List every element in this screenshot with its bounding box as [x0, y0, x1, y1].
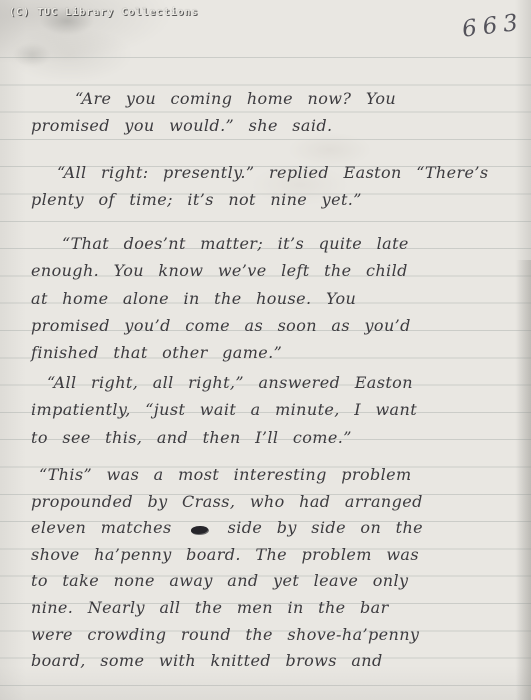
manuscript-line: nine. Nearly all the men in the bar	[31, 595, 514, 622]
paragraph: “That does’nt matter; it’s quite lateeno…	[31, 230, 514, 366]
manuscript-line: eleven matches side by side on the	[31, 515, 514, 542]
manuscript-line: at home alone in the house. You	[31, 285, 514, 312]
manuscript-line: propounded by Crass, who had arranged	[31, 489, 514, 516]
manuscript-line: finished that other game.”	[31, 339, 514, 366]
manuscript-line: enough. You know we’ve left the child	[31, 257, 514, 284]
manuscript-line: board, some with knitted brows and	[31, 648, 514, 675]
manuscript-line: to take none away and yet leave only	[31, 568, 514, 595]
manuscript-line: plenty of time; it’s not nine yet.”	[31, 186, 514, 213]
paragraph: “All right, all right,” answered Eastoni…	[31, 369, 514, 451]
manuscript-line: promised you would.” she said.	[31, 112, 514, 139]
manuscript-line: to see this, and then I’ll come.”	[31, 424, 514, 451]
manuscript-line: promised you’d come as soon as you’d	[31, 312, 514, 339]
manuscript-line: “All right, all right,” answered Easton	[31, 369, 514, 396]
manuscript-line: “Are you coming home now? You	[31, 85, 514, 112]
manuscript-page: (C) TUC Library Collections 663 “Are you…	[0, 0, 531, 700]
manuscript-line: impatiently, “just wait a minute, I want	[31, 396, 514, 423]
paragraph: “This” was a most interesting problempro…	[31, 462, 514, 675]
manuscript-line: “That does’nt matter; it’s quite late	[31, 230, 514, 257]
manuscript-line: “All right: presently.” replied Easton “…	[31, 159, 514, 186]
manuscript-text: “Are you coming home now? Youpromised yo…	[0, 0, 531, 700]
paragraph: “All right: presently.” replied Easton “…	[31, 159, 514, 214]
paragraph: “Are you coming home now? Youpromised yo…	[31, 85, 514, 140]
manuscript-line: “This” was a most interesting problem	[31, 462, 514, 489]
manuscript-line: shove ha’penny board. The problem was	[31, 542, 514, 569]
ink-blot	[191, 526, 208, 534]
manuscript-line: were crowding round the shove-ha’penny	[31, 622, 514, 649]
